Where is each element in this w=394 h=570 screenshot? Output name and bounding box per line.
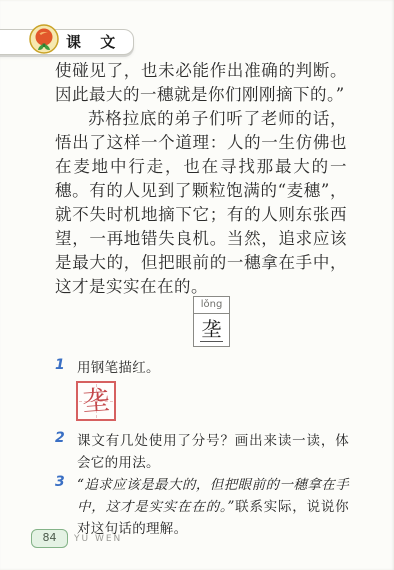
page-number-badge: 84 [31, 529, 68, 548]
pinyin-label: lǒng [194, 297, 229, 314]
exercise-2-number: 2 [55, 430, 65, 446]
textbook-logo-icon [29, 24, 59, 54]
subject-label: YU WEN [74, 534, 122, 544]
exercise-1-text: 用钢笔描红。 [77, 357, 349, 379]
new-character: 垄 [194, 314, 229, 344]
lesson-tab-label: 课 文 [66, 31, 122, 52]
exercise-1-number: 1 [55, 357, 65, 373]
exercise-1: 1 用钢笔描红。 [55, 357, 349, 379]
lesson-text: 使碰见了，也未必能作出准确的判断。因此最大的一穗就是你们刚刚摘下的。” 苏格拉底… [55, 59, 347, 299]
textbook-page: 课 文 使碰见了，也未必能作出准确的判断。因此最大的一穗就是你们刚刚摘下的。” … [0, 0, 394, 570]
exercise-3-number: 3 [55, 474, 65, 490]
exercise-3-text: “追求应该是最大的，但把眼前的一穗拿在手中，这才是实实在在的。”联系实际，说说你… [77, 474, 349, 540]
tracing-box: 垄 [76, 381, 116, 421]
exercise-3: 3 “追求应该是最大的，但把眼前的一穗拿在手中，这才是实实在在的。”联系实际，说… [55, 474, 349, 540]
exercise-2-text: 课文有几处使用了分号？画出来读一读，体会它的用法。 [77, 430, 349, 474]
exercise-2: 2 课文有几处使用了分号？画出来读一读，体会它的用法。 [55, 430, 349, 474]
new-character-card: lǒng 垄 [193, 296, 230, 347]
lesson-paragraph-2: 苏格拉底的弟子们听了老师的话，悟出了这样一个道理：人的一生仿佛也在麦地中行走，也… [55, 107, 347, 299]
lesson-paragraph-1: 使碰见了，也未必能作出准确的判断。因此最大的一穗就是你们刚刚摘下的。” [55, 59, 347, 107]
tracing-character: 垄 [77, 382, 115, 420]
character-underline [200, 341, 223, 342]
